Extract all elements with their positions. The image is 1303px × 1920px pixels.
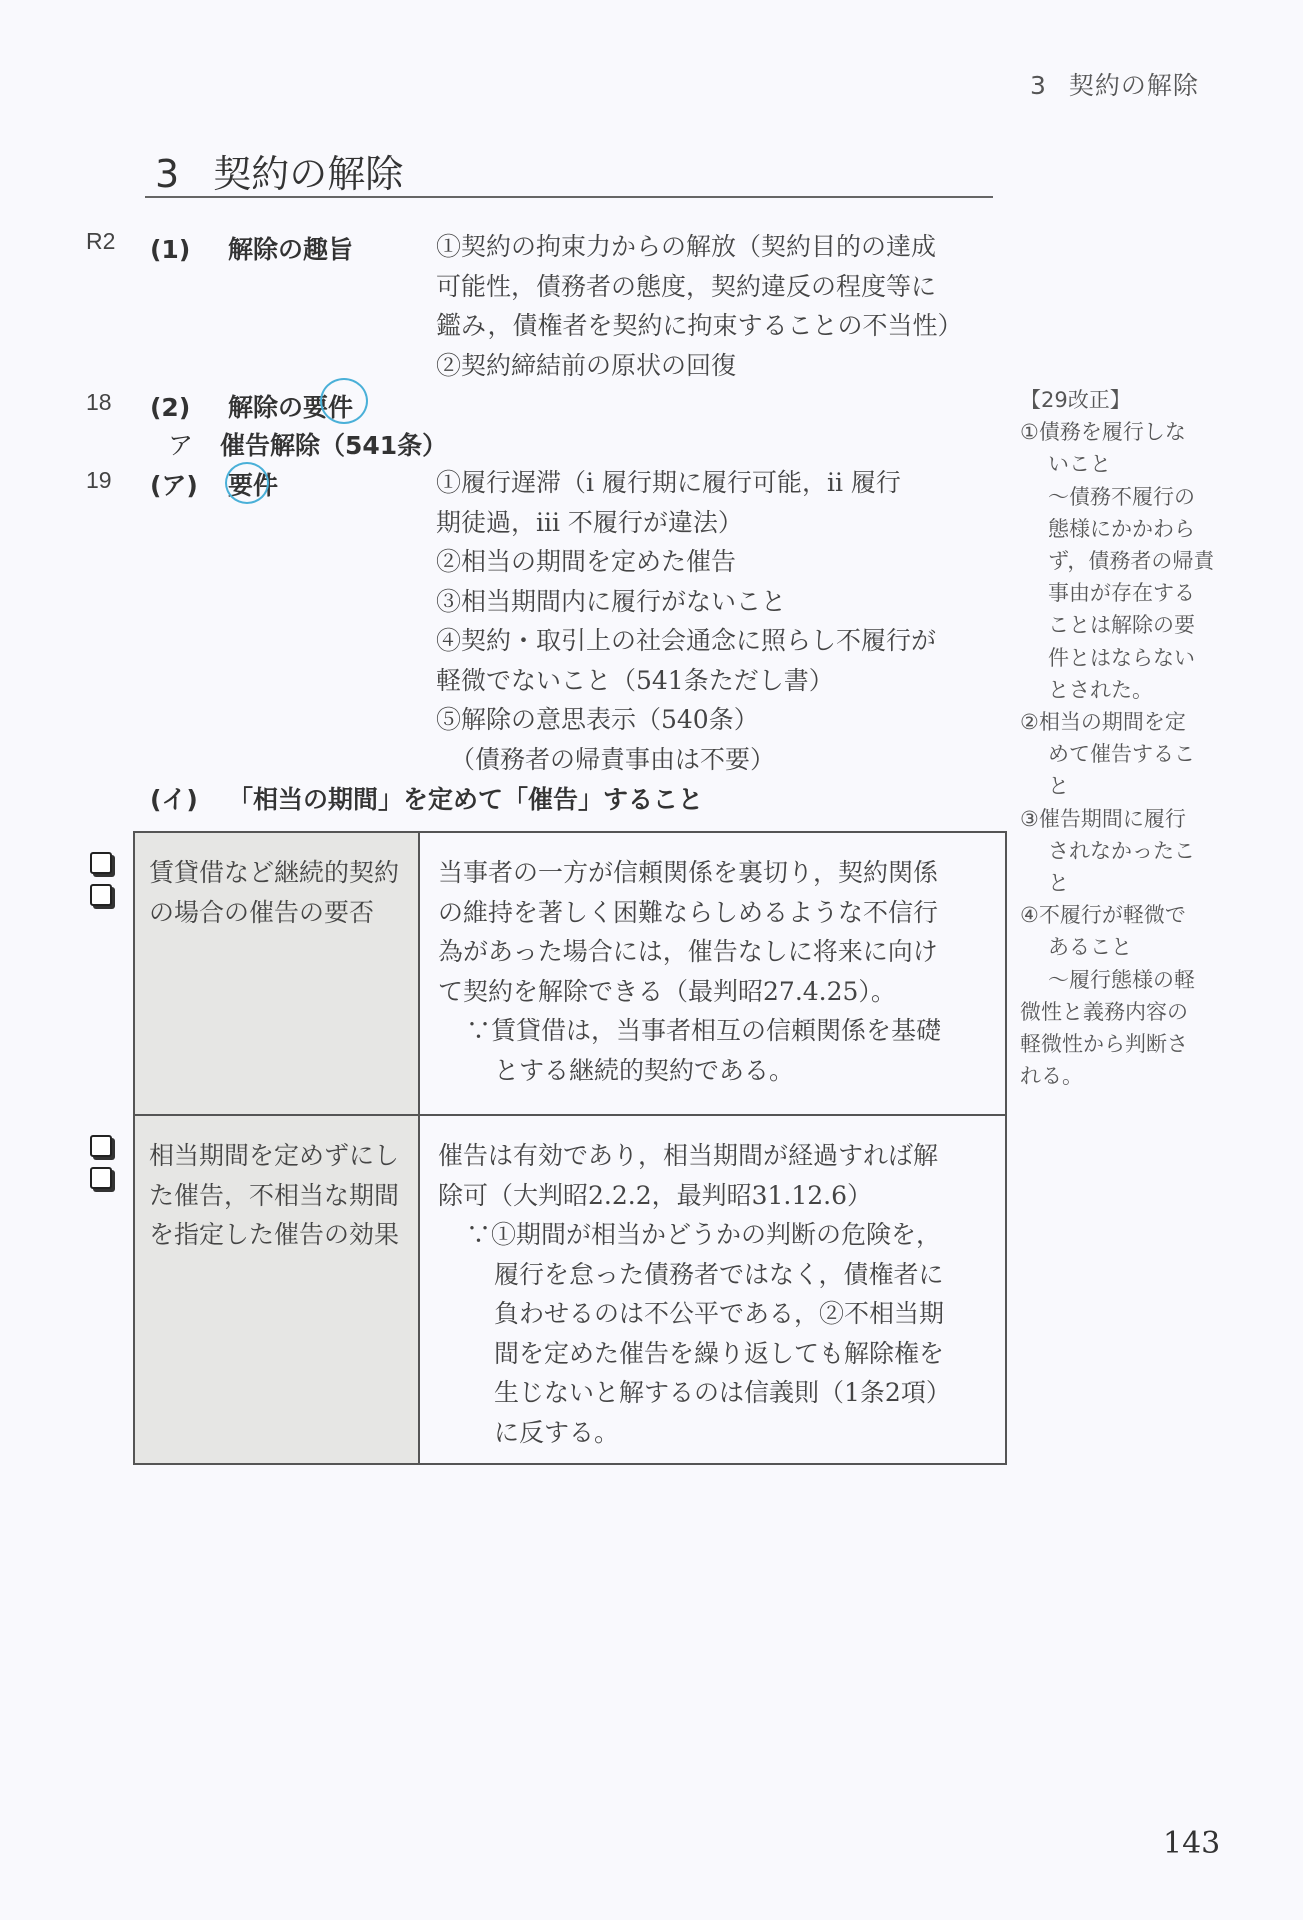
heading-label: (1) (150, 235, 228, 264)
text-line: 期徒過，ⅲ 不履行が違法） (436, 503, 996, 543)
side-note-line: ～履行態様の軽 (1020, 964, 1240, 996)
text-line: ②相当の期間を定めた催告 (436, 542, 996, 582)
heading-label: (イ) (150, 780, 228, 816)
side-note-line: 事由が存在する (1020, 577, 1240, 609)
text-line: ②契約締結前の原状の回復 (436, 346, 996, 386)
margin-number: 19 (86, 467, 112, 494)
heading-reasonable-period-notice: (イ)「相当の期間」を定めて「催告」すること (150, 780, 703, 816)
table-row: 相当期間を定めずにした催告，不相当な期間を指定した催告の効果 催告は有効であり，… (135, 1116, 1005, 1463)
heading-title: 解除の趣旨 (228, 235, 353, 264)
answer-line: ∵①期間が相当かどうかの判断の危険を， (438, 1215, 993, 1255)
heading-title: 催告解除（541条） (220, 431, 447, 460)
text-line: ①契約の拘束力からの解放（契約目的の達成 (436, 227, 996, 267)
side-note-line: れる。 (1020, 1060, 1240, 1092)
section-number: 3 (155, 152, 179, 196)
table-question: 賃貸借など継続的契約の場合の催告の要否 (135, 833, 420, 1114)
side-note-header: 【29改正】 (1020, 384, 1240, 416)
answer-line: に反する。 (438, 1413, 993, 1453)
side-note-line: 件とはならない (1020, 642, 1240, 674)
side-note-line: あること (1020, 931, 1240, 963)
answer-line: 為があった場合には，催告なしに将来に向け (438, 932, 993, 972)
table-answer: 催告は有効であり，相当期間が経過すれば解 除可（大判昭2.2.2，最判昭31.1… (420, 1116, 1005, 1463)
heading-requirements: (ア)要件 (150, 466, 278, 502)
answer-line: 除可（大判昭2.2.2，最判昭31.12.6） (438, 1176, 993, 1216)
answer-line: 生じないと解するのは信義則（1条2項） (438, 1373, 993, 1413)
running-head-number: 3 (1030, 71, 1047, 100)
side-note-line: ず，債務者の帰責 (1020, 545, 1240, 577)
text-line: 軽微でないこと（541条ただし書） (436, 661, 996, 701)
side-notes-2017-amendment: 【29改正】 ①債務を履行しな いこと ～債務不履行の 態様にかかわら ず，債務… (1020, 384, 1240, 1092)
margin-number: R2 (86, 228, 115, 255)
side-note-line: 軽微性から判断さ (1020, 1028, 1240, 1060)
margin-number: 18 (86, 389, 112, 416)
heading-label: ア (168, 426, 220, 462)
text-line: ①履行遅滞（ⅰ 履行期に履行可能，ⅱ 履行 (436, 463, 996, 503)
side-note-line: ことは解除の要 (1020, 609, 1240, 641)
answer-line: 履行を怠った債務者ではなく，債権者に (438, 1255, 993, 1295)
purpose-body: ①契約の拘束力からの解放（契約目的の達成 可能性，債務者の態度，契約違反の程度等… (436, 227, 996, 385)
heading-purpose-of-rescission: (1)解除の趣旨 (150, 230, 353, 266)
table-row: 賃貸借など継続的契約の場合の催告の要否 当事者の一方が信頼関係を裏切り，契約関係… (135, 833, 1005, 1116)
review-checkbox[interactable] (90, 1167, 112, 1189)
text-line: ⑤解除の意思表示（540条） (436, 700, 996, 740)
answer-line: 負わせるのは不公平である，②不相当期 (438, 1294, 993, 1334)
side-note-line: いこと (1020, 448, 1240, 480)
side-note-line: ④不履行が軽微で (1020, 899, 1240, 931)
text-line: （債務者の帰責事由は不要） (436, 740, 996, 780)
running-head-title: 契約の解除 (1069, 71, 1199, 100)
side-note-line: ～債務不履行の (1020, 481, 1240, 513)
side-note-line: 微性と義務内容の (1020, 996, 1240, 1028)
heading-label: (ア) (150, 466, 228, 502)
review-checkboxes-row-2 (90, 1135, 116, 1199)
requirements-body: ①履行遅滞（ⅰ 履行期に履行可能，ⅱ 履行 期徒過，ⅲ 不履行が違法） ②相当の… (436, 463, 996, 779)
heading-notice-rescission: ア催告解除（541条） (168, 426, 447, 462)
answer-line: 間を定めた催告を繰り返しても解除権を (438, 1334, 993, 1374)
side-note-line: とされた。 (1020, 674, 1240, 706)
side-note-line: めて催告するこ (1020, 738, 1240, 770)
side-note-line: ③催告期間に履行 (1020, 803, 1240, 835)
review-checkbox[interactable] (90, 852, 112, 874)
answer-line: とする継続的契約である。 (438, 1051, 993, 1091)
section-title-text: 契約の解除 (213, 152, 403, 196)
section-title: 3契約の解除 (155, 143, 403, 198)
title-rule (145, 196, 993, 198)
side-note-line: と (1020, 867, 1240, 899)
heading-title: 「相当の期間」を定めて「催告」すること (228, 785, 703, 814)
review-checkboxes-row-1 (90, 852, 116, 916)
answer-line: の維持を著しく困難ならしめるような不信行 (438, 893, 993, 933)
review-checkbox[interactable] (90, 1135, 112, 1157)
table-question: 相当期間を定めずにした催告，不相当な期間を指定した催告の効果 (135, 1116, 420, 1463)
text-line: ③相当期間内に履行がないこと (436, 582, 996, 622)
answer-line: 催告は有効であり，相当期間が経過すれば解 (438, 1136, 993, 1176)
answer-line: 当事者の一方が信頼関係を裏切り，契約関係 (438, 853, 993, 893)
side-note-line: と (1020, 770, 1240, 802)
review-checkbox[interactable] (90, 884, 112, 906)
running-head: 3契約の解除 (1030, 66, 1199, 102)
page-number: 143 (1163, 1826, 1220, 1861)
side-note-line: ②相当の期間を定 (1020, 706, 1240, 738)
text-line: 可能性，債務者の態度，契約違反の程度等に (436, 267, 996, 307)
answer-line: て契約を解除できる（最判昭27.4.25）。 (438, 972, 993, 1012)
qa-table: 賃貸借など継続的契約の場合の催告の要否 当事者の一方が信頼関係を裏切り，契約関係… (133, 831, 1007, 1465)
side-note-line: ①債務を履行しな (1020, 416, 1240, 448)
heading-requirements-of-rescission: (2)解除の要件 (150, 388, 353, 424)
answer-line: ∵賃貸借は，当事者相互の信頼関係を基礎 (438, 1011, 993, 1051)
table-answer: 当事者の一方が信頼関係を裏切り，契約関係 の維持を著しく困難ならしめるような不信… (420, 833, 1005, 1114)
side-note-line: 態様にかかわら (1020, 513, 1240, 545)
heading-title: 解除の要件 (228, 393, 353, 422)
text-line: 鑑み，債権者を契約に拘束することの不当性） (436, 306, 996, 346)
heading-title: 要件 (228, 471, 278, 500)
heading-label: (2) (150, 393, 228, 422)
text-line: ④契約・取引上の社会通念に照らし不履行が (436, 621, 996, 661)
side-note-line: されなかったこ (1020, 835, 1240, 867)
